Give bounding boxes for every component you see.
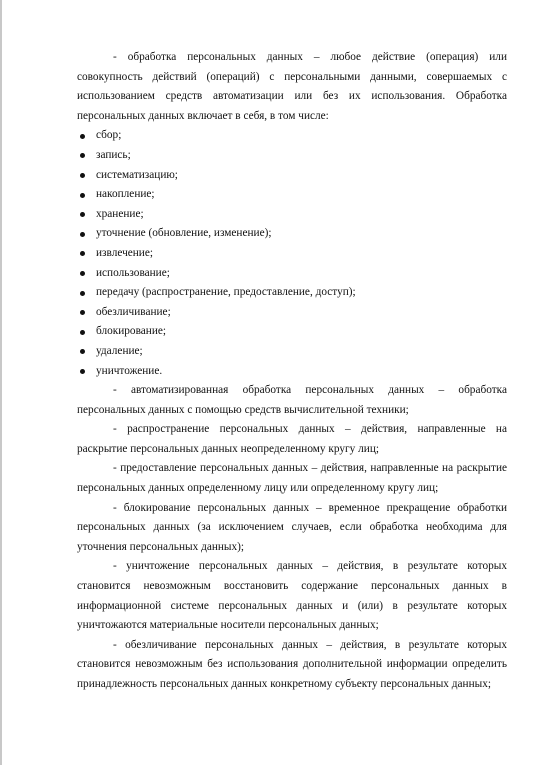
list-item: обезличивание; bbox=[77, 303, 507, 323]
bullet-icon bbox=[80, 291, 85, 296]
list-item: накопление; bbox=[77, 185, 507, 205]
bullet-icon bbox=[80, 349, 85, 354]
intro-paragraph: - обработка персональных данных – любое … bbox=[77, 48, 507, 126]
list-item: извлечение; bbox=[77, 244, 507, 264]
list-item: использование; bbox=[77, 264, 507, 284]
list-item: уточнение (обновление, изменение); bbox=[77, 224, 507, 244]
bullet-icon bbox=[80, 251, 85, 256]
definition-automated-processing: - автоматизированная обработка персональ… bbox=[77, 381, 507, 420]
definition-provision: - предоставление персональных данных – д… bbox=[77, 459, 507, 498]
bullet-icon bbox=[80, 212, 85, 217]
definition-depersonalization-part1: - обезличивание персональных данных – де… bbox=[77, 636, 507, 675]
bullet-icon bbox=[80, 193, 85, 198]
list-item: запись; bbox=[77, 146, 507, 166]
list-item: передачу (распространение, предоставлени… bbox=[77, 283, 507, 303]
list-item: уничтожение. bbox=[77, 362, 507, 382]
bullet-icon bbox=[80, 173, 85, 178]
bullet-icon bbox=[80, 310, 85, 315]
definition-dissemination: - распространение персональных данных – … bbox=[77, 420, 507, 459]
page-left-edge bbox=[0, 0, 2, 765]
definition-depersonalization-part2: принадлежность персональных данных конкр… bbox=[77, 675, 507, 695]
definition-blocking: - блокирование персональных данных – вре… bbox=[77, 499, 507, 558]
processing-actions-list: сбор; запись; систематизацию; накопление… bbox=[77, 126, 507, 381]
list-item: систематизацию; bbox=[77, 166, 507, 186]
bullet-icon bbox=[80, 153, 85, 158]
bullet-icon bbox=[80, 330, 85, 335]
document-body: - обработка персональных данных – любое … bbox=[77, 48, 507, 695]
bullet-icon bbox=[80, 271, 85, 276]
list-item: хранение; bbox=[77, 205, 507, 225]
list-item: удаление; bbox=[77, 342, 507, 362]
bullet-icon bbox=[80, 134, 85, 139]
bullet-icon bbox=[80, 232, 85, 237]
definition-destruction: - уничтожение персональных данных – дейс… bbox=[77, 557, 507, 635]
list-item: блокирование; bbox=[77, 322, 507, 342]
list-item: сбор; bbox=[77, 126, 507, 146]
bullet-icon bbox=[80, 369, 85, 374]
